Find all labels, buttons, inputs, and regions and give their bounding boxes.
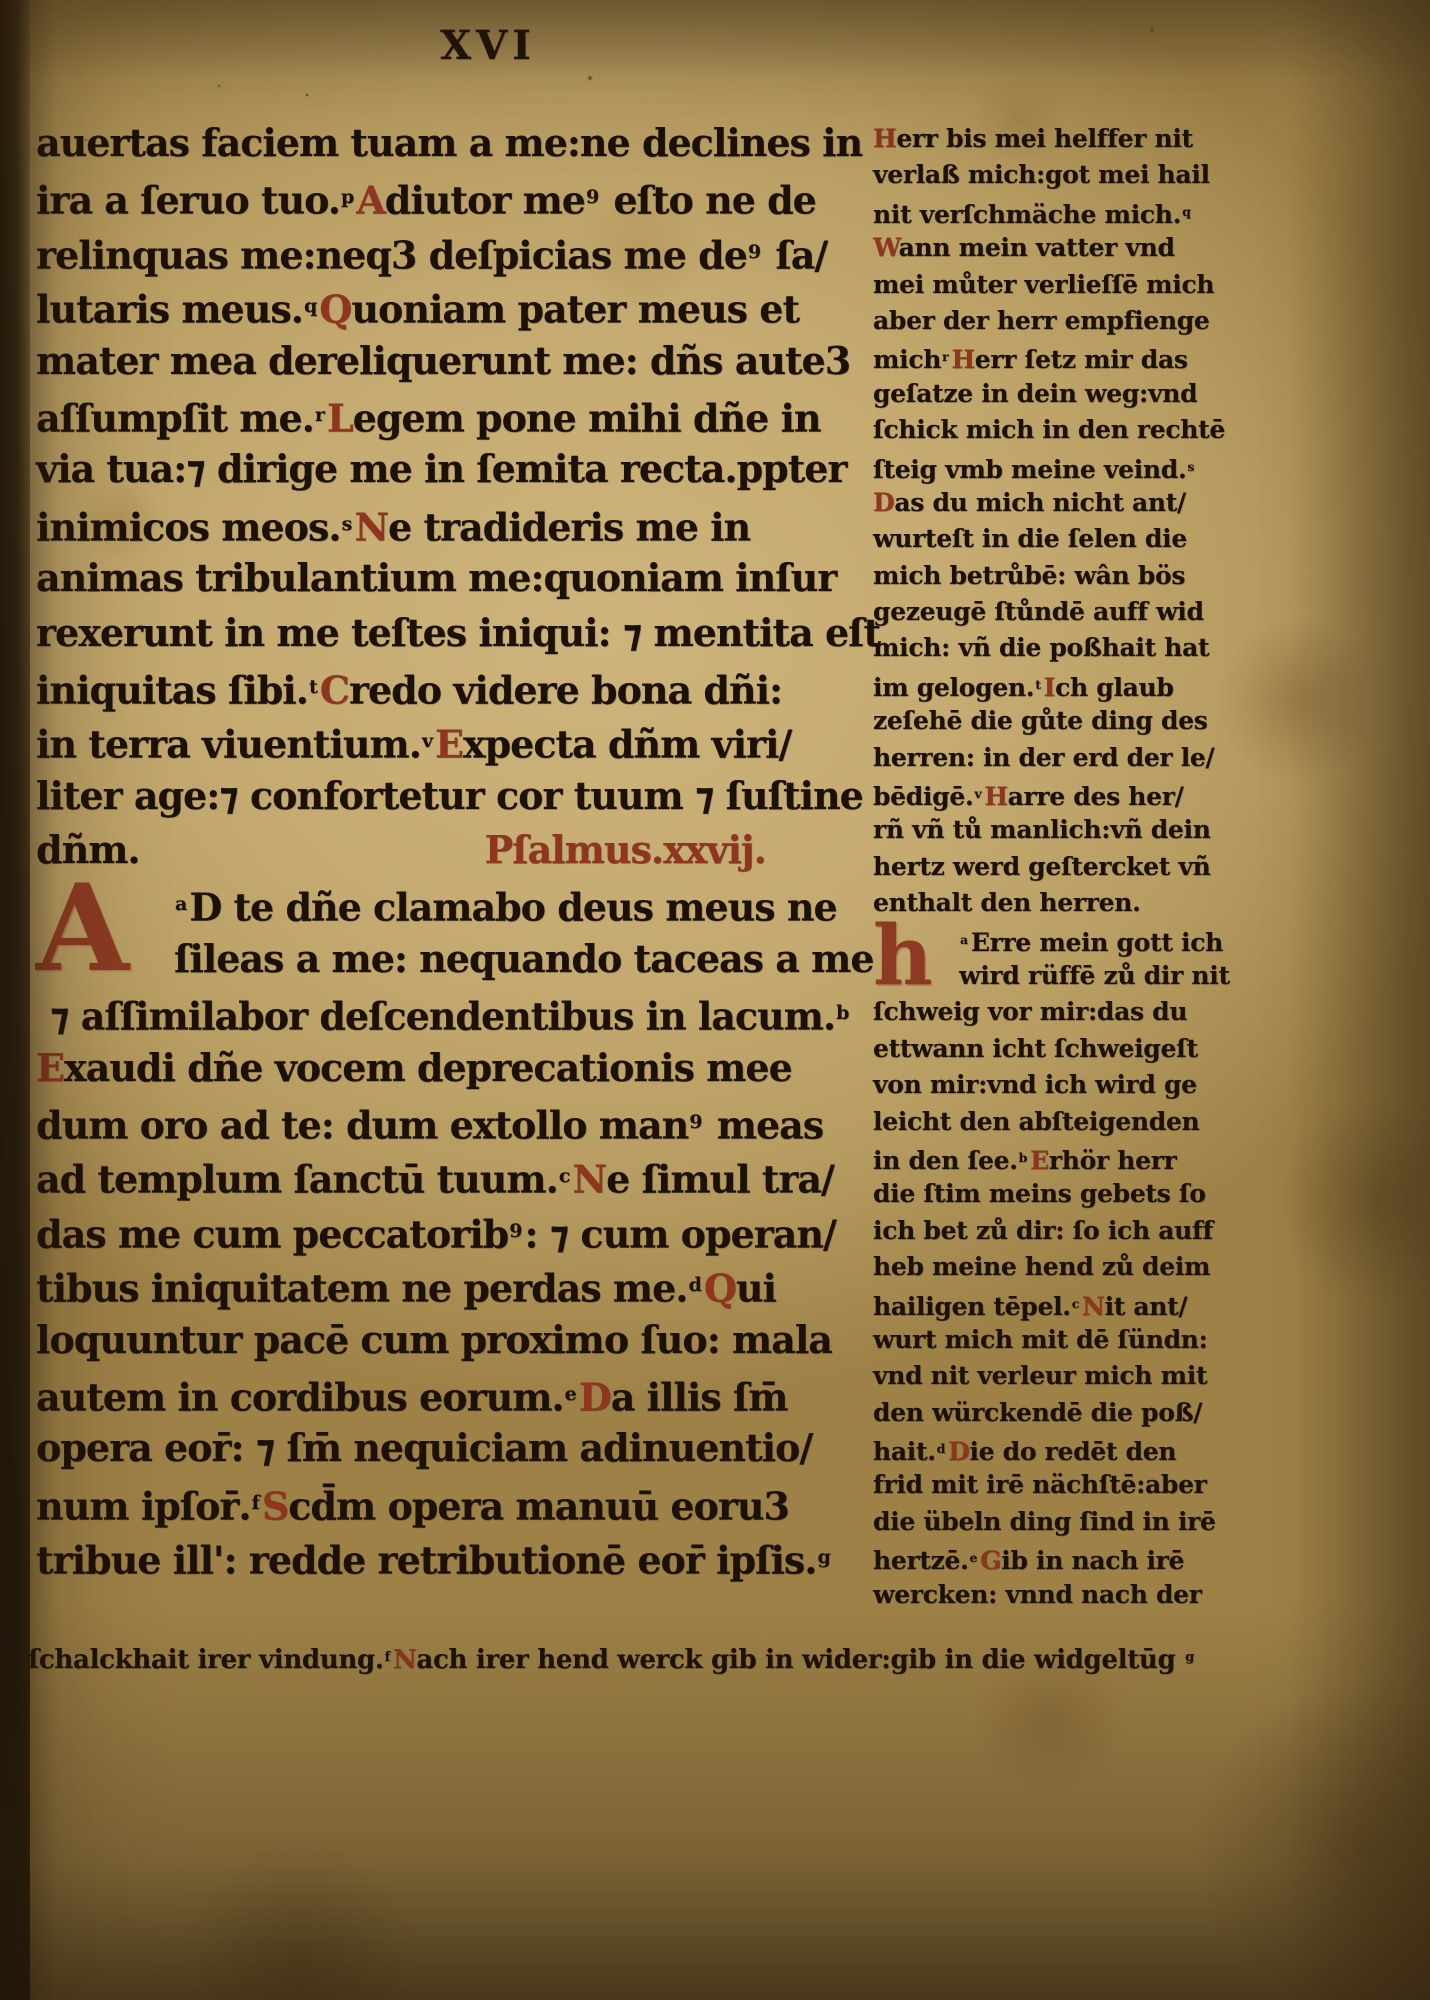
- text-line: michrHerr ſetz mir das: [873, 339, 1203, 375]
- rubric-initial: W: [873, 233, 899, 262]
- text-line: die ſtim meins gebets ſo: [873, 1176, 1203, 1212]
- text-segment: wurt mich mit dē ſündn:: [873, 1325, 1208, 1354]
- text-line: leicht den abſteigenden: [873, 1104, 1203, 1140]
- text-segment: ſteig vmb meine veind.: [873, 454, 1186, 483]
- verse-marker: t: [1035, 677, 1040, 692]
- text-segment: D te dñe clamabo deus meus ne: [189, 885, 836, 930]
- verse-marker: p: [341, 186, 353, 208]
- text-line: in den ſee.bErhör herr: [873, 1140, 1203, 1176]
- text-segment: in den ſee.: [873, 1146, 1018, 1175]
- text-segment: frid mit irē nächſtē:aber: [873, 1470, 1207, 1499]
- text-segment: rexerunt in me teſtes iniqui: ⁊ mentita …: [36, 610, 880, 655]
- text-segment: mei můter verlieſſē mich: [873, 270, 1214, 299]
- rubric-initial: N: [572, 1157, 606, 1202]
- text-segment: egem pone mihi dñe in: [353, 395, 821, 440]
- text-segment: ſchick mich in den rechtē: [873, 415, 1225, 444]
- text-line: heb meine hend zů deim: [873, 1249, 1203, 1285]
- text-segment: wird rüffē zů dir nit: [959, 961, 1230, 990]
- text-line: rñ vñ tů manlich:vñ dein: [873, 812, 1203, 848]
- text-line: vnd nit verleur mich mit: [873, 1358, 1203, 1394]
- folio-number: XVI: [440, 22, 536, 69]
- text-line: ⁊ aſſimilabor deſcendentibus in lacum.b: [36, 986, 872, 1040]
- verse-marker: v: [422, 730, 432, 752]
- rubric-initial: N: [393, 1645, 416, 1675]
- verse-marker: e: [970, 1550, 978, 1565]
- text-line: dum oro ad te: dum extollo man9 meas: [36, 1095, 872, 1149]
- text-line: wurteſt in die ſelen die: [873, 521, 1203, 557]
- verse-marker: a: [960, 932, 968, 947]
- verse-marker: s: [342, 513, 352, 535]
- verse-marker: 9: [748, 241, 760, 263]
- rubric-initial: I: [1044, 673, 1055, 702]
- text-segment: e tradideris me in: [388, 504, 750, 549]
- rubric-initial: Q: [704, 1266, 736, 1311]
- verse-marker: r: [942, 349, 948, 364]
- catchline-row: ſchalckhait irer vindung.fNach irer hend…: [28, 1638, 1413, 1678]
- text-segment: auertas faciem tuam a me:ne declines in: [36, 120, 862, 165]
- verse-marker: 9: [689, 1111, 701, 1133]
- text-segment: aſſumpſit me.: [36, 395, 314, 440]
- text-segment: xpecta dñm viri/: [463, 722, 791, 767]
- text-segment: hait.: [873, 1437, 936, 1466]
- text-segment: cd̄m opera manuū eoru3: [288, 1483, 789, 1528]
- rubric-initial: N: [1082, 1291, 1105, 1320]
- text-segment: zeſehē die gůte ding des: [873, 706, 1208, 735]
- text-segment: aber der herr empfienge: [873, 306, 1210, 335]
- text-line: frid mit irē nächſtē:aber: [873, 1467, 1203, 1503]
- text-line: Das du mich nicht ant/: [873, 485, 1203, 521]
- text-segment: opera eor̄: ⁊ ſm̄ nequiciam adinuentio/: [36, 1425, 812, 1470]
- text-line: wird rüffē zů dir nit: [873, 958, 1203, 994]
- text-segment: ann mein vatter vnd: [899, 233, 1175, 262]
- verse-marker: v: [974, 786, 981, 801]
- text-segment: herren: in der erd der le/: [873, 743, 1214, 772]
- text-segment: relinquas me:neq3 deſpicias me de: [36, 232, 747, 277]
- text-segment: hailigen tēpel.: [873, 1291, 1071, 1320]
- rubric-initial: D: [579, 1374, 611, 1419]
- text-line: auertas faciem tuam a me:ne declines in: [36, 116, 872, 170]
- text-segment: leicht den abſteigenden: [873, 1107, 1199, 1136]
- text-line: loquuntur pacē cum proximo ſuo: mala: [36, 1313, 872, 1367]
- text-line: hertzē.eGib in nach irē: [873, 1540, 1203, 1576]
- verse-marker: q: [304, 295, 316, 317]
- text-segment: ui: [736, 1266, 776, 1311]
- text-line: nit verſchmäche mich.q: [873, 194, 1203, 230]
- text-segment: das me cum peccatorib: [36, 1211, 508, 1256]
- text-line: Herr bis mei helffer nit: [873, 121, 1203, 157]
- text-segment: redo videre bona dñi:: [349, 667, 782, 712]
- text-segment: liter age:⁊ confortetur cor tuum ⁊ ſuſti…: [36, 773, 863, 818]
- verse-marker: c: [559, 1165, 570, 1187]
- text-segment: ſa/: [763, 232, 827, 277]
- verse-marker: a: [175, 893, 186, 915]
- text-line: ſchweig vor mir:das du: [873, 994, 1203, 1030]
- text-segment: a illis ſm̄: [611, 1374, 788, 1419]
- text-segment: heb meine hend zů deim: [873, 1252, 1210, 1281]
- text-line: animas tribulantium me:quoniam inſur: [36, 551, 872, 605]
- text-segment: ib in nach irē: [1001, 1546, 1184, 1575]
- text-segment: : ⁊ cum operan/: [524, 1211, 835, 1256]
- text-segment: in terra viuentium.: [36, 722, 421, 767]
- text-line: mater mea dereliquerunt me: dñs aute3: [36, 334, 872, 388]
- text-line: ira a ſeruo tuo.pAdiutor me9 eſto ne de: [36, 170, 872, 224]
- text-segment: ch glaub: [1055, 673, 1174, 702]
- rubric-initial: C: [320, 667, 349, 712]
- rubric-initial: G: [980, 1546, 1001, 1575]
- text-line: von mir:vnd ich wird ge: [873, 1067, 1203, 1103]
- text-segment: tibus iniquitatem ne perdas me.: [36, 1266, 688, 1311]
- text-line: iniquitas ſibi.tCredo videre bona dñi:: [36, 660, 872, 714]
- text-segment: mich: [873, 345, 941, 374]
- text-line: verlaß mich:got mei hail: [873, 157, 1203, 193]
- text-line: Wann mein vatter vnd: [873, 230, 1203, 266]
- rubric-initial: Q: [319, 287, 351, 332]
- text-line: zeſehē die gůte ding des: [873, 703, 1203, 739]
- verse-marker: c: [1072, 1296, 1079, 1311]
- text-line: num ipſor̄.fScd̄m opera manuū eoru3: [36, 1476, 872, 1530]
- text-line: haErre mein gott ich: [873, 922, 1203, 958]
- text-segment: uoniam pater meus et: [351, 287, 799, 332]
- text-segment: num ipſor̄.: [36, 1483, 251, 1528]
- text-line: ſileas a me: nequando taceas a me: [36, 932, 872, 986]
- text-line: aber der herr empfienge: [873, 303, 1203, 339]
- text-segment: von mir:vnd ich wird ge: [873, 1070, 1197, 1099]
- text-segment: iniquitas ſibi.: [36, 667, 308, 712]
- text-segment: rhör herr: [1049, 1146, 1177, 1175]
- text-segment: err ſetz mir das: [975, 345, 1188, 374]
- text-segment: mich betrůbē: wân bös: [873, 561, 1185, 590]
- text-segment: inimicos meos.: [36, 504, 341, 549]
- verse-marker: q: [1182, 204, 1190, 219]
- rubric-initial: E: [1030, 1146, 1049, 1175]
- rubric-initial: N: [354, 504, 388, 549]
- text-line: hait.dDie do redēt den: [873, 1431, 1203, 1467]
- verse-marker: d: [689, 1274, 701, 1296]
- text-line: liter age:⁊ confortetur cor tuum ⁊ ſuſti…: [36, 769, 872, 823]
- rubric-initial: H: [984, 782, 1007, 811]
- verse-marker: e: [565, 1383, 576, 1405]
- text-line: mei můter verlieſſē mich: [873, 267, 1203, 303]
- text-segment: bēdigē.: [873, 782, 973, 811]
- text-line: Exaudi dñe vocem deprecationis mee: [36, 1041, 872, 1095]
- text-line: dñm.Pſalmus.xxvij.: [36, 823, 872, 877]
- text-segment: ach irer hend werck gib in wider:gib in …: [416, 1645, 1184, 1675]
- text-segment: die ſtim meins gebets ſo: [873, 1179, 1206, 1208]
- text-segment: ſileas a me: nequando taceas a me: [174, 936, 874, 981]
- verse-marker: t: [309, 676, 317, 698]
- text-segment: tribue ill': redde retributionē eor̄ ipſ…: [36, 1538, 817, 1583]
- text-segment: vnd nit verleur mich mit: [873, 1361, 1207, 1390]
- text-line: opera eor̄: ⁊ ſm̄ nequiciam adinuentio/: [36, 1421, 872, 1475]
- text-segment: ich bet zů dir: ſo ich auff: [873, 1216, 1213, 1245]
- text-segment: mater mea dereliquerunt me: dñs aute3: [36, 338, 850, 383]
- text-line: das me cum peccatorib9: ⁊ cum operan/: [36, 1204, 872, 1258]
- text-segment: im gelogen.: [873, 673, 1034, 702]
- verse-marker: 9: [509, 1220, 521, 1242]
- text-line: ſchalckhait irer vindung.fNach irer hend…: [28, 1638, 1413, 1678]
- verse-marker: b: [836, 1002, 848, 1024]
- text-line: wercken: vnnd nach der: [873, 1577, 1203, 1613]
- verse-marker: r: [315, 404, 324, 426]
- text-segment: lutaris meus.: [36, 287, 303, 332]
- text-line: herren: in der erd der le/: [873, 740, 1203, 776]
- text-line: gezeugē ſtůndē auff wid: [873, 594, 1203, 630]
- rubric-initial: S: [262, 1483, 288, 1528]
- rubric-initial: A: [356, 178, 384, 223]
- text-segment: eſto ne de: [601, 178, 816, 223]
- text-segment: wurteſt in die ſelen die: [873, 524, 1187, 553]
- verse-marker: f: [252, 1492, 259, 1514]
- rubric-initial: E: [36, 1045, 64, 1090]
- latin-text-column: auertas faciem tuam a me:ne declines ini…: [36, 116, 872, 1585]
- text-segment: via tua:⁊ dirige me in ſemita recta.ppte…: [36, 446, 846, 491]
- text-line: geſatze in dein weg:vnd: [873, 376, 1203, 412]
- text-segment: diutor me: [385, 178, 585, 223]
- text-line: ettwann icht ſchweigeſt: [873, 1031, 1203, 1067]
- text-segment: die übeln ding ſind in irē: [873, 1507, 1216, 1536]
- text-line: bēdigē.vHarre des her/: [873, 776, 1203, 812]
- german-text-column: Herr bis mei helffer nitverlaß mich:got …: [873, 121, 1203, 1613]
- text-segment: loquuntur pacē cum proximo ſuo: mala: [36, 1317, 832, 1362]
- text-segment: hertz werd geſtercket vñ: [873, 852, 1210, 881]
- text-line: autem in cordibus eorum.eDa illis ſm̄: [36, 1367, 872, 1421]
- text-segment: err bis mei helffer nit: [896, 124, 1192, 153]
- rubric-initial: E: [435, 722, 463, 767]
- rubric-initial: H: [951, 345, 974, 374]
- text-line: ſteig vmb meine veind.s: [873, 449, 1203, 485]
- text-line: in terra viuentium.vExpecta dñm viri/: [36, 714, 872, 768]
- text-line: inimicos meos.sNe tradideris me in: [36, 497, 872, 551]
- rubric-initial: H: [873, 124, 896, 153]
- text-line: tribue ill': redde retributionē eor̄ ipſ…: [36, 1530, 872, 1584]
- rubric-initial: D: [948, 1437, 969, 1466]
- text-segment: mich: vñ die poßhait hat: [873, 633, 1209, 662]
- text-segment: ſchweig vor mir:das du: [873, 997, 1187, 1026]
- verse-marker: 9: [586, 186, 598, 208]
- text-segment: e ſimul tra/: [606, 1157, 834, 1202]
- text-line: im gelogen.tIch glaub: [873, 667, 1203, 703]
- text-line: relinquas me:neq3 deſpicias me de9 ſa/: [36, 225, 872, 279]
- text-segment: it ant/: [1105, 1291, 1188, 1320]
- text-line: rexerunt in me teſtes iniqui: ⁊ mentita …: [36, 606, 872, 660]
- text-line: AaD te dñe clamabo deus meus ne: [36, 877, 872, 931]
- text-line: den würckendē die poß/: [873, 1395, 1203, 1431]
- text-line: die übeln ding ſind in irē: [873, 1504, 1203, 1540]
- verse-marker: b: [1019, 1150, 1027, 1165]
- text-segment: wercken: vnnd nach der: [873, 1580, 1202, 1609]
- binding-edge: [0, 0, 30, 2000]
- text-segment: autem in cordibus eorum.: [36, 1374, 564, 1419]
- text-segment: hertzē.: [873, 1546, 969, 1575]
- text-segment: ettwann icht ſchweigeſt: [873, 1034, 1198, 1063]
- rubric-initial: Pſalmus.xxvij.: [485, 827, 766, 872]
- text-segment: ſchalckhait irer vindung.: [28, 1645, 384, 1675]
- verse-marker: d: [937, 1441, 945, 1456]
- text-segment: animas tribulantium me:quoniam inſur: [36, 555, 836, 600]
- rubric-initial: L: [327, 395, 353, 440]
- text-segment: ⁊ aſſimilabor deſcendentibus in lacum.: [50, 994, 835, 1039]
- text-segment: ira a ſeruo tuo.: [36, 178, 340, 223]
- text-line: mich: vñ die poßhait hat: [873, 630, 1203, 666]
- verse-marker: s: [1187, 459, 1194, 474]
- text-line: aſſumpſit me.rLegem pone mihi dñe in: [36, 388, 872, 442]
- text-line: via tua:⁊ dirige me in ſemita recta.ppte…: [36, 442, 872, 496]
- text-segment: dum oro ad te: dum extollo man: [36, 1102, 688, 1147]
- text-line: lutaris meus.qQuoniam pater meus et: [36, 279, 872, 333]
- text-segment: rñ vñ tů manlich:vñ dein: [873, 815, 1211, 844]
- verse-marker: f: [385, 1650, 390, 1665]
- text-segment: xaudi dñe vocem deprecationis mee: [64, 1045, 792, 1090]
- text-line: tibus iniquitatem ne perdas me.dQui: [36, 1258, 872, 1312]
- text-line: ich bet zů dir: ſo ich auff: [873, 1213, 1203, 1249]
- rubric-initial: D: [873, 488, 894, 517]
- text-segment: Erre mein gott ich: [971, 927, 1223, 956]
- verse-marker: g: [1185, 1650, 1194, 1665]
- text-segment: ad templum ſanctū tuum.: [36, 1157, 558, 1202]
- text-line: mich betrůbē: wân bös: [873, 558, 1203, 594]
- text-line: hertz werd geſtercket vñ: [873, 849, 1203, 885]
- text-line: ad templum ſanctū tuum.cNe ſimul tra/: [36, 1149, 872, 1203]
- text-segment: as du mich nicht ant/: [894, 488, 1185, 517]
- text-line: hailigen tēpel.cNit ant/: [873, 1286, 1203, 1322]
- verse-marker: g: [818, 1546, 830, 1568]
- text-segment: gezeugē ſtůndē auff wid: [873, 597, 1204, 626]
- text-segment: den würckendē die poß/: [873, 1398, 1202, 1427]
- text-line: ſchick mich in den rechtē: [873, 412, 1203, 448]
- manuscript-page: XVI auertas faciem tuam a me:ne declines…: [0, 0, 1430, 2000]
- text-segment: verlaß mich:got mei hail: [873, 160, 1210, 189]
- text-segment: meas: [705, 1102, 824, 1147]
- text-line: wurt mich mit dē ſündn:: [873, 1322, 1203, 1358]
- text-segment: nit verſchmäche mich.: [873, 200, 1181, 229]
- text-segment: arre des her/: [1008, 782, 1184, 811]
- text-segment: geſatze in dein weg:vnd: [873, 379, 1197, 408]
- text-segment: ie do redēt den: [969, 1437, 1176, 1466]
